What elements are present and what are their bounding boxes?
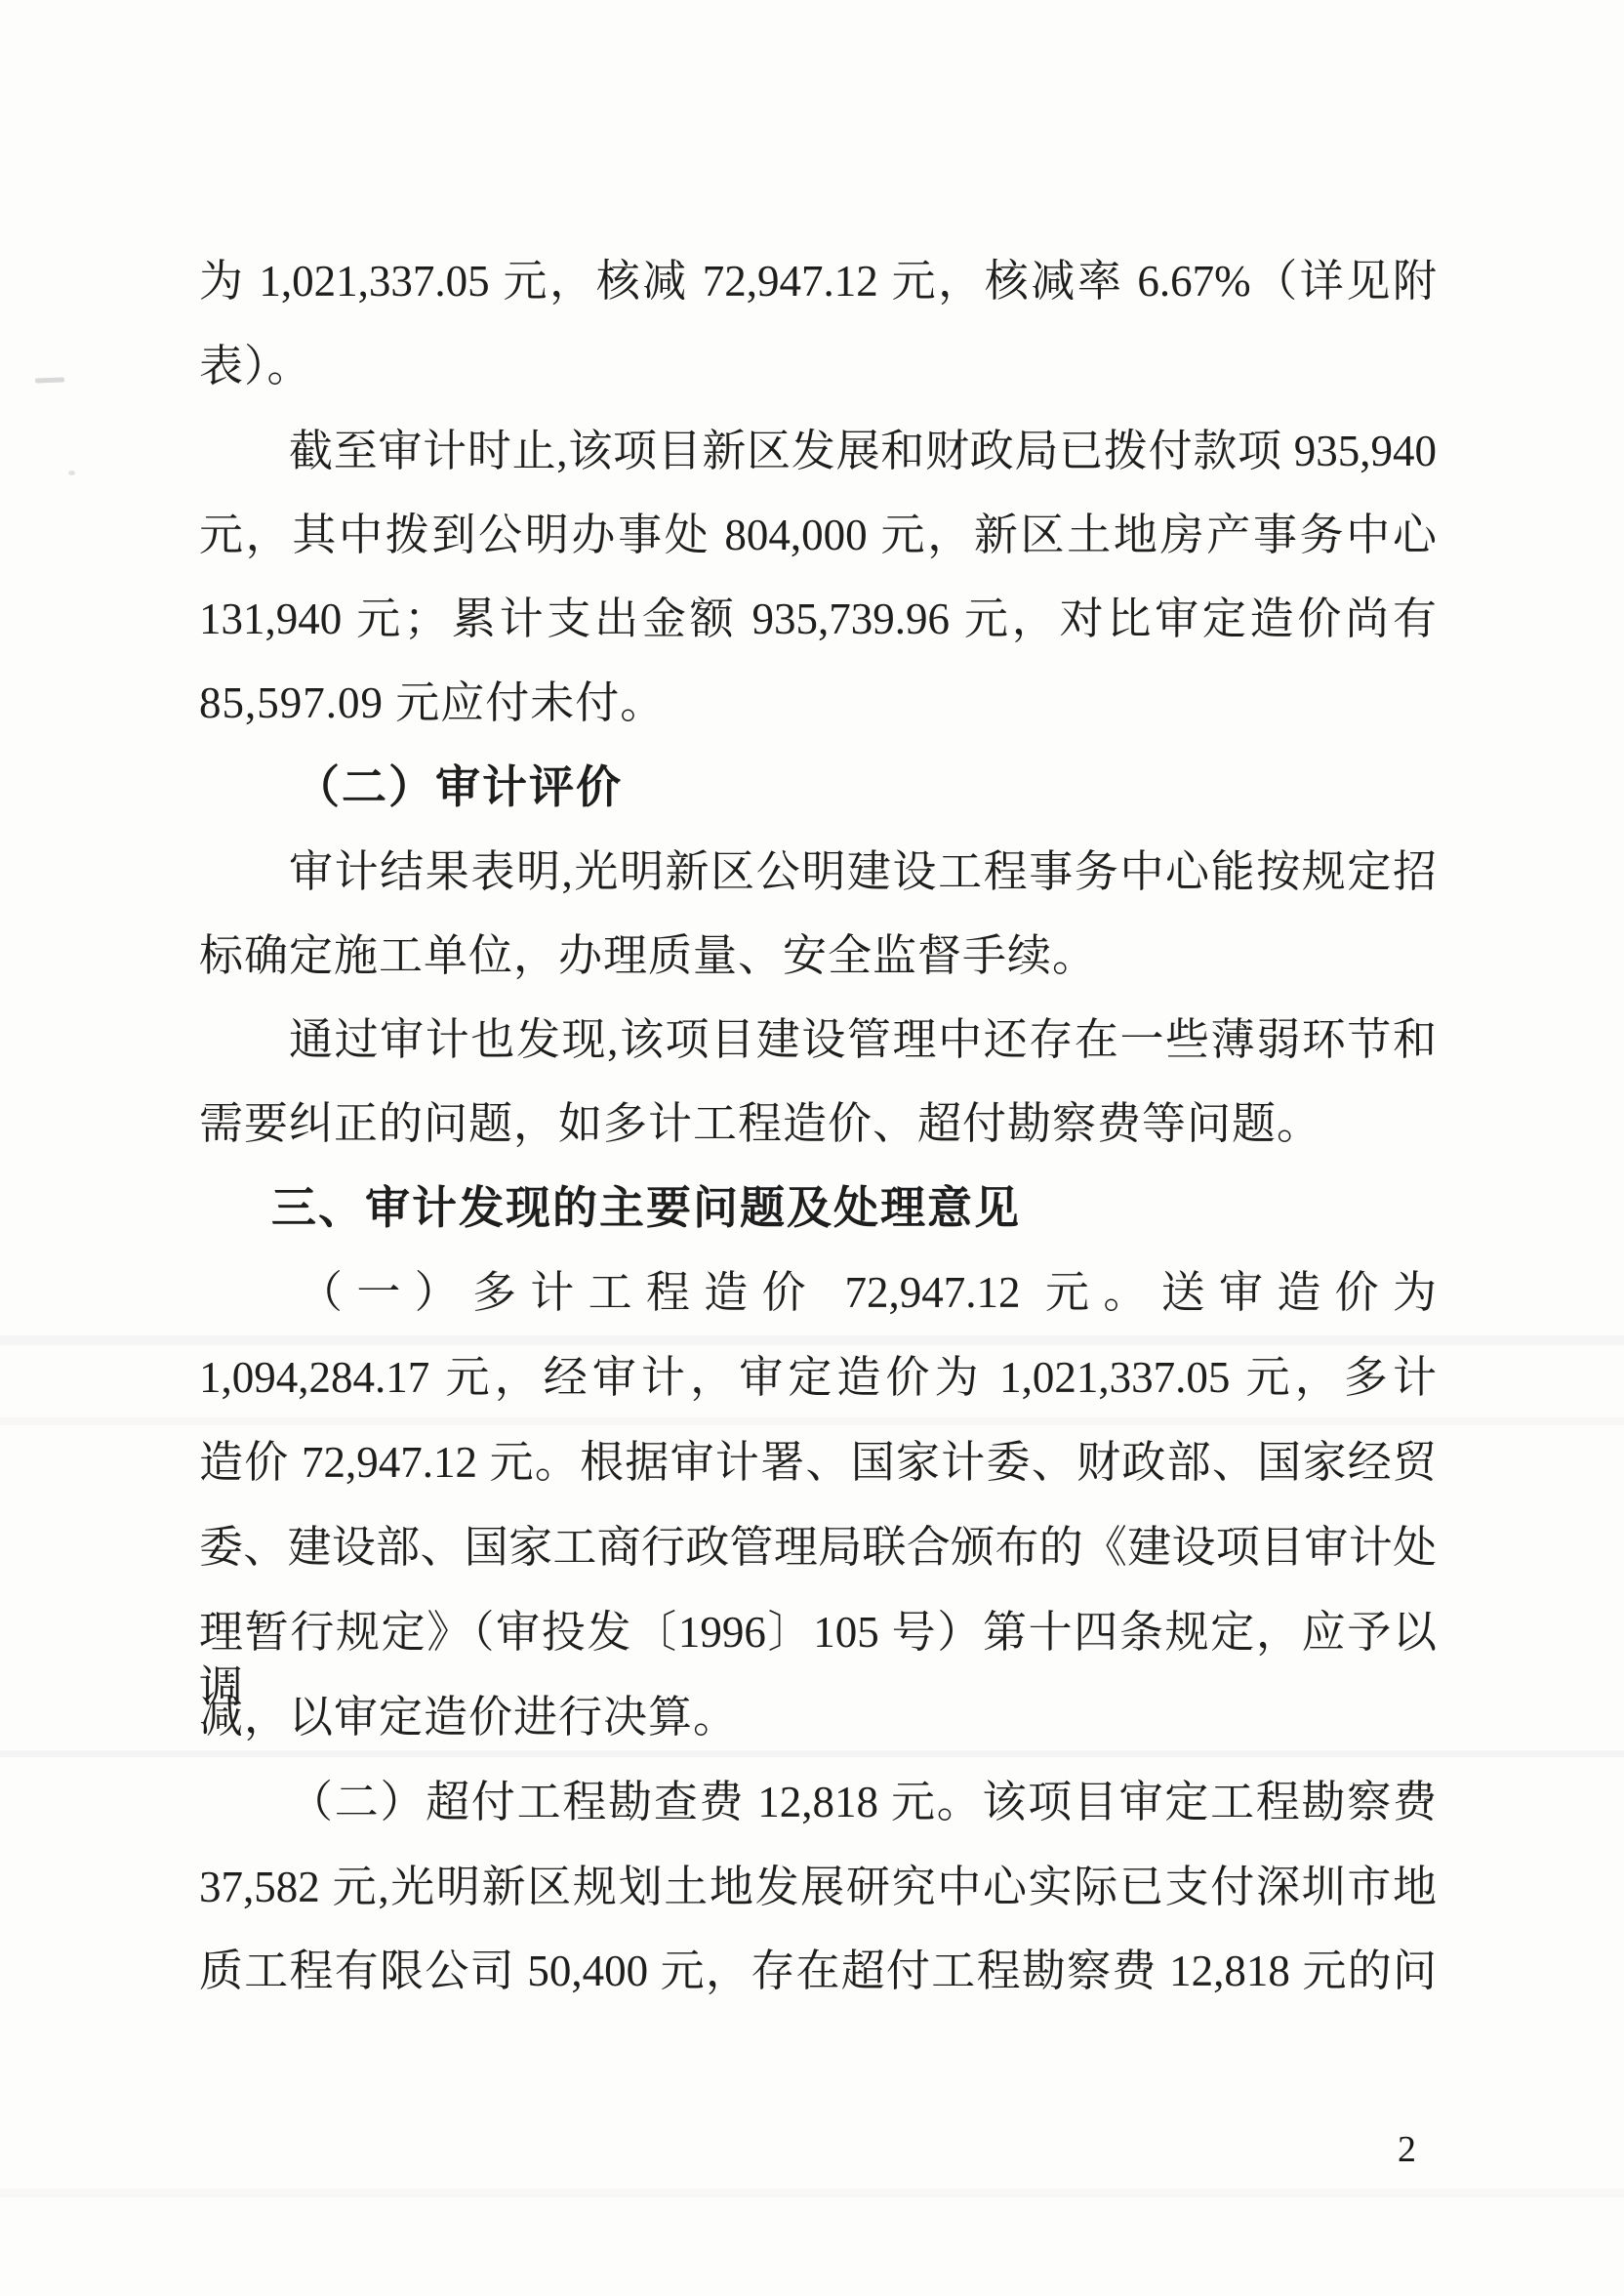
scan-streak <box>0 2189 1624 2197</box>
text-line: 审计结果表明,光明新区公明建设工程事务中心能按规定招 <box>199 844 1437 899</box>
text-line: 通过审计也发现,该项目建设管理中还存在一些薄弱环节和 <box>199 1012 1437 1067</box>
section-heading-main-issues: 三、审计发现的主要问题及处理意见 <box>199 1180 1509 1235</box>
page-number: 2 <box>1398 2128 1416 2171</box>
text-line: （二）超付工程勘查费 12,818 元。该项目审定工程勘察费 <box>199 1775 1437 1829</box>
text-line: 委、建设部、国家工商行政管理局联合颁布的《建设项目审计处 <box>199 1520 1437 1575</box>
scan-mark-dash <box>35 377 64 383</box>
text-line: （一）多计工程造价 72,947.12 元。送审造价为 <box>199 1265 1437 1320</box>
scan-mark-dot <box>68 471 75 475</box>
text-line: 131,940 元；累计支出金额 935,739.96 元，对比审定造价尚有 <box>199 592 1437 646</box>
text-line: 截至审计时止,该项目新区发展和财政局已拨付款项 935,940 <box>199 424 1437 478</box>
text-line: 减，以审定造价进行决算。 <box>199 1690 1437 1744</box>
scan-streak <box>0 1417 1624 1425</box>
text-line: 为 1,021,337.05 元，核减 72,947.12 元，核减率 6.67… <box>199 254 1437 308</box>
text-line: 表）。 <box>199 339 1437 393</box>
text-line: 标确定施工单位，办理质量、安全监督手续。 <box>199 928 1437 983</box>
text-line: 质工程有限公司 50,400 元，存在超付工程勘察费 12,818 元的问 <box>199 1944 1437 1998</box>
scanned-audit-report-page: 为 1,021,337.05 元，核减 72,947.12 元，核减率 6.67… <box>0 0 1624 2296</box>
text-line: 85,597.09 元应付未付。 <box>199 676 1437 730</box>
section-heading-audit-evaluation: （二）审计评价 <box>199 759 1532 814</box>
scan-streak <box>0 1335 1624 1345</box>
text-line: 1,094,284.17 元，经审计，审定造价为 1,021,337.05 元，… <box>199 1350 1437 1405</box>
scan-streak <box>0 1750 1624 1757</box>
text-line: 37,582 元,光明新区规划土地发展研究中心实际已支付深圳市地 <box>199 1860 1437 1914</box>
text-line: 造价 72,947.12 元。根据审计署、国家计委、财政部、国家经贸 <box>199 1435 1437 1490</box>
text-line: 需要纠正的问题，如多计工程造价、超付勘察费等问题。 <box>199 1096 1437 1151</box>
text-line: 元，其中拨到公明办事处 804,000 元，新区土地房产事务中心 <box>199 508 1437 562</box>
